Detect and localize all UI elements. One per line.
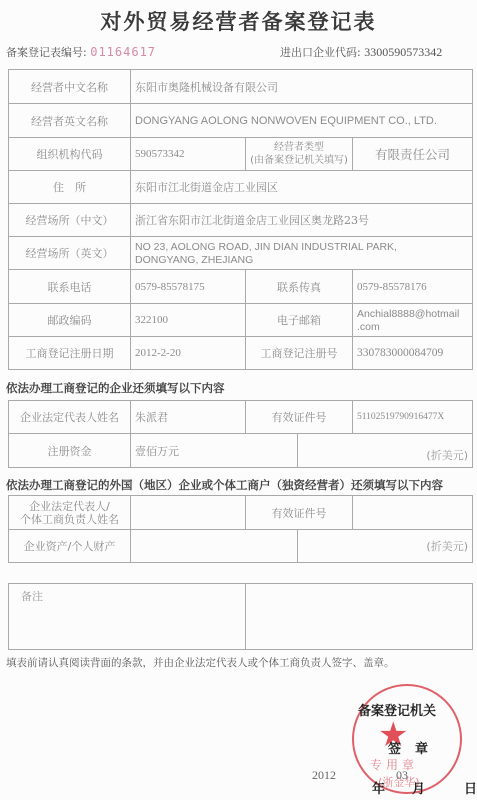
domicile-value: 东阳市江北街道金店工业园区 — [131, 171, 473, 204]
table-row: 住 所 东阳市江北街道金店工业园区 — [9, 171, 473, 204]
phone-label: 联系电话 — [9, 270, 131, 304]
cn-name-label: 经营者中文名称 — [9, 70, 131, 104]
fax-label: 联系传真 — [246, 270, 353, 304]
registered-capital-label: 注册资金 — [9, 434, 131, 468]
business-place-cn-value: 浙江省东阳市江北街道金店工业园区奥龙路23号 — [131, 204, 473, 237]
sign-seal-label: 签章 — [388, 738, 442, 757]
seal-text: 专用章 — [370, 756, 418, 773]
legal-rep-label: 企业法定代表人姓名 — [9, 401, 131, 434]
main-info-table: 经营者中文名称 东阳市奥隆机械设备有限公司 经营者英文名称 DONGYANG A… — [8, 69, 473, 370]
year-label: 年 — [372, 778, 385, 797]
table-row: 企业资产/个人财产 (折美元) — [9, 530, 473, 563]
table-row: 经营者英文名称 DONGYANG AOLONG NONWOVEN EQUIPME… — [9, 104, 473, 138]
table-row: 企业法定代表人姓名 朱派君 有效证件号 51102519790916477X — [9, 401, 473, 434]
form-number-value: 01164617 — [90, 45, 156, 59]
day-label: 日 — [464, 778, 477, 797]
signature-seal-area: ★ 专用章 (浙金华) 备案登记机关 签章 2012 年 03 月 日 — [300, 682, 477, 800]
business-place-en-label: 经营场所（英文） — [9, 237, 131, 270]
phone-value: 0579-85578175 — [131, 270, 246, 304]
cn-name-value: 东阳市奥隆机械设备有限公司 — [131, 70, 473, 104]
assets-value — [131, 530, 298, 563]
foreign-individual-info-table: 企业法定代表人/ 个体工商负责人姓名 有效证件号 企业资产/个人财产 (折美元) — [8, 495, 473, 563]
id-number-value: 51102519790916477X — [353, 401, 473, 434]
remarks-value — [246, 584, 473, 650]
table-row: 经营场所（中文） 浙江省东阳市江北街道金店工业园区奥龙路23号 — [9, 204, 473, 237]
id-number-label: 有效证件号 — [246, 496, 353, 530]
table-row: 组织机构代码 590573342 经营者类型 (由备案登记机关填写) 有限责任公… — [9, 138, 473, 171]
usd-equivalent: (折美元) — [298, 434, 473, 468]
postcode-value: 322100 — [131, 304, 246, 337]
en-name-value: DONGYANG AOLONG NONWOVEN EQUIPMENT CO., … — [131, 104, 473, 138]
table-row: 注册资金 壹佰万元 (折美元) — [9, 434, 473, 468]
month-label: 月 — [412, 778, 425, 797]
ie-enterprise-code: 进出口企业代码: 3300590573342 — [280, 44, 442, 60]
year-value: 2012 — [312, 768, 336, 783]
table-row: 经营者中文名称 东阳市奥隆机械设备有限公司 — [9, 70, 473, 104]
operator-type-label: 经营者类型 (由备案登记机关填写) — [246, 138, 353, 171]
email-value-line2: .com — [357, 321, 468, 334]
table-row: 工商登记注册日期 2012-2-20 工商登记注册号 3307830000847… — [9, 337, 473, 370]
enterprise-info-table: 企业法定代表人姓名 朱派君 有效证件号 51102519790916477X 注… — [8, 400, 473, 468]
table-row: 邮政编码 322100 电子邮箱 Anchial8888@hotmail .co… — [9, 304, 473, 337]
email-value-line1: Anchial8888@hotmail — [357, 308, 468, 321]
operator-type-label-line2: (由备案登记机关填写) — [250, 154, 348, 167]
email-label: 电子邮箱 — [246, 304, 353, 337]
org-code-value: 590573342 — [131, 138, 246, 171]
reg-number-value: 330783000084709 — [353, 337, 473, 370]
reg-date-label: 工商登记注册日期 — [9, 337, 131, 370]
section3-heading: 依法办理工商登记的外国（地区）企业或个体工商户（独资经营者）还须填写以下内容 — [6, 477, 443, 493]
assets-label: 企业资产/个人财产 — [9, 530, 131, 563]
id-number-label: 有效证件号 — [246, 401, 353, 434]
table-row: 经营场所（英文） NO 23, AOLONG ROAD, JIN DIAN IN… — [9, 237, 473, 270]
fax-value: 0579-85578176 — [353, 270, 473, 304]
section2-heading: 依法办理工商登记的企业还须填写以下内容 — [6, 380, 225, 396]
rep-name-label-line2: 个体工商负责人姓名 — [13, 513, 126, 526]
form-number: 备案登记表编号: 01164617 — [6, 44, 156, 60]
footnote: 填表前请认真阅读背面的条款，并由企业法定代表人或个体工商负责人签字、盖章。 — [6, 655, 395, 670]
email-value: Anchial8888@hotmail .com — [353, 304, 473, 337]
ie-code-value: 3300590573342 — [364, 45, 442, 59]
ie-code-label: 进出口企业代码: — [280, 46, 361, 59]
month-value: 03 — [396, 768, 408, 783]
remarks-table: 备注 — [8, 583, 473, 650]
postcode-label: 邮政编码 — [9, 304, 131, 337]
id-number-value — [353, 496, 473, 530]
form-number-label: 备案登记表编号: — [6, 46, 87, 59]
table-row: 备注 — [9, 584, 473, 650]
rep-name-value — [131, 496, 246, 530]
org-code-label: 组织机构代码 — [9, 138, 131, 171]
table-row: 联系电话 0579-85578175 联系传真 0579-85578176 — [9, 270, 473, 304]
form-title: 对外贸易经营者备案登记表 — [0, 6, 477, 36]
reg-number-label: 工商登记注册号 — [246, 337, 353, 370]
rep-name-label: 企业法定代表人/ 个体工商负责人姓名 — [9, 496, 131, 530]
table-row: 企业法定代表人/ 个体工商负责人姓名 有效证件号 — [9, 496, 473, 530]
reg-date-value: 2012-2-20 — [131, 337, 246, 370]
business-place-en-line1: NO 23, AOLONG ROAD, JIN DIAN INDUSTRIAL … — [135, 241, 468, 254]
business-place-cn-label: 经营场所（中文） — [9, 204, 131, 237]
authority-label: 备案登记机关 — [358, 700, 436, 719]
usd-equivalent: (折美元) — [298, 530, 473, 563]
domicile-label: 住 所 — [9, 171, 131, 204]
legal-rep-value: 朱派君 — [131, 401, 246, 434]
registered-capital-value: 壹佰万元 — [131, 434, 298, 468]
operator-type-value: 有限责任公司 — [353, 138, 473, 171]
remarks-label: 备注 — [9, 584, 246, 650]
en-name-label: 经营者英文名称 — [9, 104, 131, 138]
business-place-en-value: NO 23, AOLONG ROAD, JIN DIAN INDUSTRIAL … — [131, 237, 473, 270]
rep-name-label-line1: 企业法定代表人/ — [13, 500, 126, 513]
business-place-en-line2: DONGYANG, ZHEJIANG — [135, 254, 468, 267]
operator-type-label-line1: 经营者类型 — [250, 141, 348, 154]
